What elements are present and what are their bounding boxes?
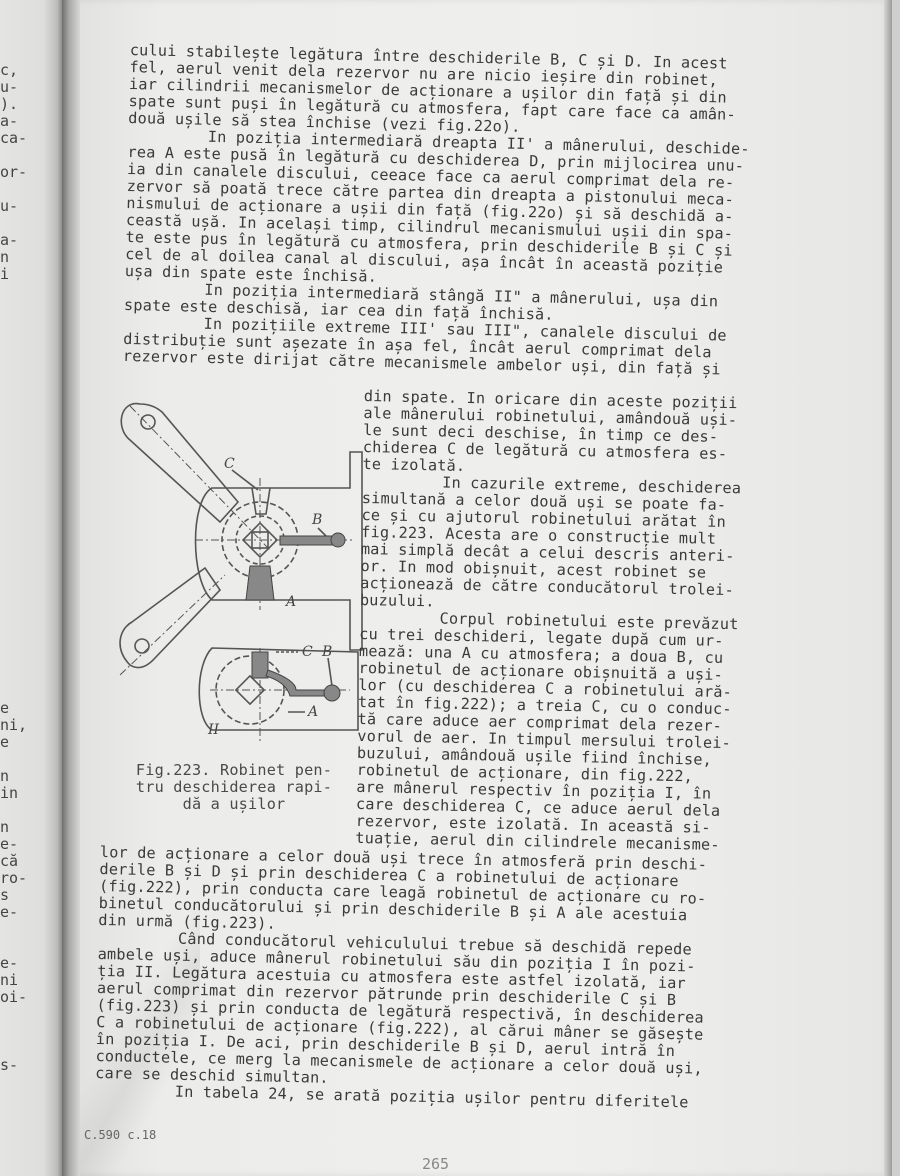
label-a-upper: A (284, 594, 296, 610)
label-b-upper: B (311, 512, 322, 528)
text-line: tru deschiderea rapi- (124, 779, 344, 796)
text-line: Fig.223. Robinet pen- (124, 762, 344, 779)
label-c-lower: C (302, 644, 313, 660)
label-position-ii: II (207, 722, 220, 738)
figure-223-drawing: C B A C B A II (100, 390, 370, 750)
text-line: dă a ușilor (124, 796, 344, 813)
book-gutter (62, 0, 80, 1176)
facing-page: c, u- ). a- ca- or- u- a- n i e ni, e n … (0, 0, 62, 1176)
valve-diagram: C B A C B A II (100, 390, 370, 750)
bottom-text-block: lor de acționare a celor două uși trece … (95, 844, 708, 1112)
facing-page-fragments: c, u- ). a- ca- or- u- a- n i e ni, e n … (0, 0, 62, 1176)
figure-caption: Fig.223. Robinet pen-tru deschiderea rap… (124, 762, 344, 813)
facing-fragments-bottom: e ni, e n in n e- că ro- s e- e- ni oi- … (0, 700, 27, 1074)
top-text-block: cului stabilește legătura între deschide… (123, 42, 752, 379)
label-c-upper: C (224, 456, 235, 472)
page-edge (884, 0, 892, 1176)
page-number: 265 (422, 1155, 449, 1173)
facing-fragments-top: c, u- ). a- ca- or- u- a- n i (0, 62, 27, 283)
label-b-lower: B (321, 644, 332, 660)
margin-note: C.590 c.18 (84, 1128, 156, 1142)
label-a-lower: A (306, 704, 318, 720)
right-column-text: din spate. In oricare din aceste poziții… (355, 388, 743, 854)
